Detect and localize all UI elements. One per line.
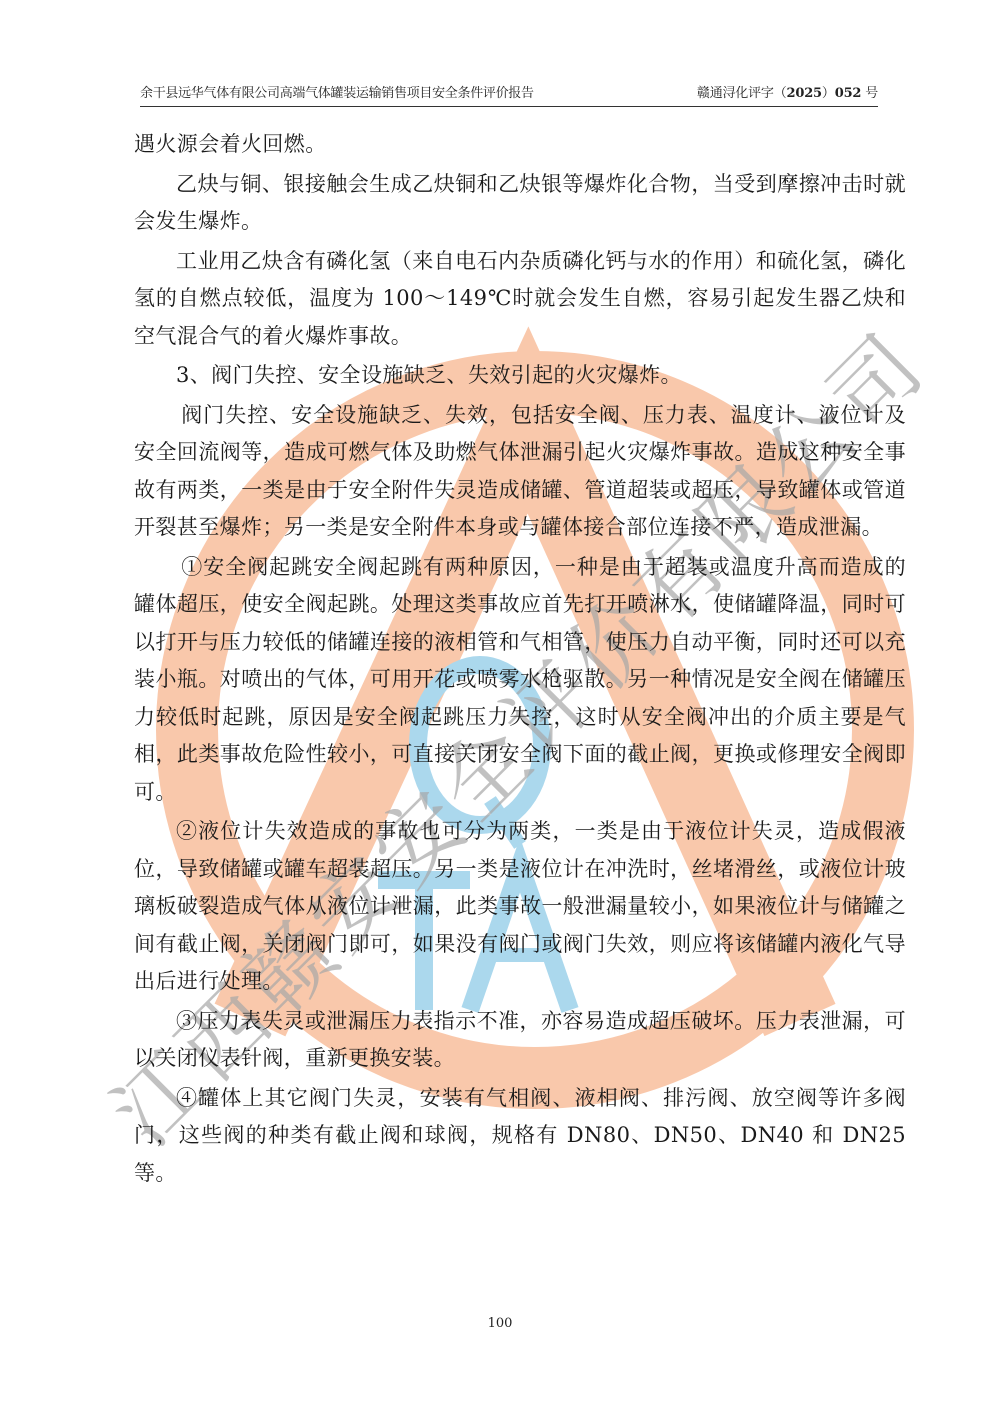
document-body: 遇火源会着火回燃。 乙炔与铜、银接触会生成乙炔铜和乙炔银等爆炸化合物，当受到摩擦… bbox=[134, 126, 906, 1192]
doc-number-prefix: 赣通浔化评字（ bbox=[697, 86, 787, 101]
paragraph-level-gauge: ②液位计失效造成的事故也可分为两类，一类是由于液位计失灵，造成假液位，导致储罐或… bbox=[134, 813, 906, 1001]
section-heading-valve-failure: 3、阀门失控、安全设施缺乏、失效引起的火灾爆炸。 bbox=[134, 357, 906, 395]
paragraph-other-valves: ④罐体上其它阀门失灵，安装有气相阀、液相阀、排污阀、放空阀等许多阀门，这些阀的种… bbox=[134, 1080, 906, 1193]
page-number: 100 bbox=[0, 1316, 1000, 1331]
doc-number-year: 2025 bbox=[787, 86, 822, 101]
paragraph-pressure-gauge: ③压力表失灵或泄漏压力表指示不准，亦容易造成超压破坏。压力表泄漏，可以关闭仪表针… bbox=[134, 1003, 906, 1078]
report-title: 余干县远华气体有限公司高端气体罐装运输销售项目安全条件评价报告 bbox=[140, 86, 534, 102]
doc-number-suffix: 号 bbox=[861, 86, 878, 101]
paragraph-copper-silver: 乙炔与铜、银接触会生成乙炔铜和乙炔银等爆炸化合物，当受到摩擦冲击时就会发生爆炸。 bbox=[134, 166, 906, 241]
paragraph-safety-valve: ①安全阀起跳安全阀起跳有两种原因，一种是由于超装或温度升高而造成的罐体超压，使安… bbox=[134, 549, 906, 812]
paragraph-phosphine: 工业用乙炔含有磷化氢（来自电石内杂质磷化钙与水的作用）和硫化氢，磷化氢的自燃点较… bbox=[134, 243, 906, 356]
doc-number-mid: ） bbox=[822, 86, 835, 101]
document-page: 余干县远华气体有限公司高端气体罐装运输销售项目安全条件评价报告 赣通浔化评字（2… bbox=[0, 0, 1000, 1414]
page-header: 余干县远华气体有限公司高端气体罐装运输销售项目安全条件评价报告 赣通浔化评字（2… bbox=[140, 86, 878, 107]
paragraph-valve-failure: 阀门失控、安全设施缺乏、失效，包括安全阀、压力表、温度计、液位计及安全回流阀等，… bbox=[134, 397, 906, 547]
doc-number-num: 052 bbox=[835, 86, 862, 101]
paragraph-ignition: 遇火源会着火回燃。 bbox=[134, 126, 906, 164]
document-number: 赣通浔化评字（2025）052 号 bbox=[697, 86, 878, 102]
